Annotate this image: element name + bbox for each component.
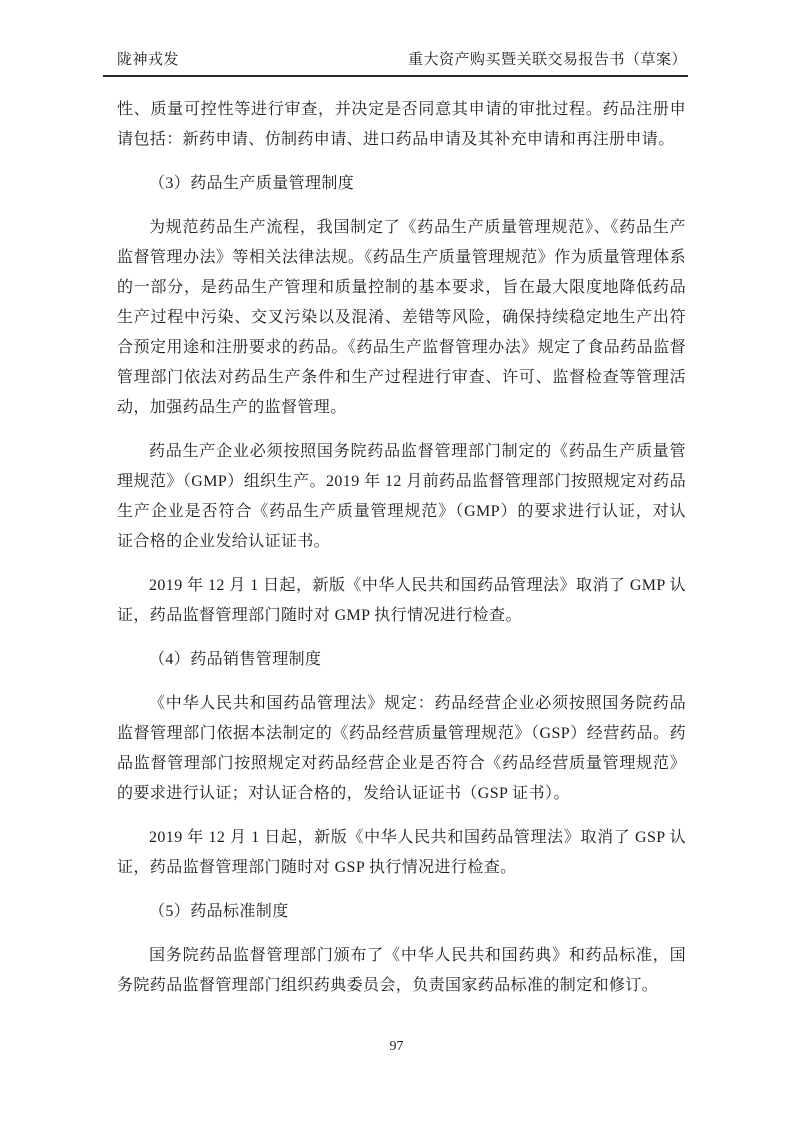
paragraph-gmp-certification: 药品生产企业必须按照国务院药品监督管理部门制定的《药品生产质量管理规范》（GMP… bbox=[117, 437, 686, 557]
header-report-title: 重大资产购买暨关联交易报告书（草案） bbox=[408, 50, 687, 70]
document-body: 性、质量可控性等进行审查，并决定是否同意其申请的审批过程。药品注册申请包括：新药… bbox=[117, 95, 686, 1015]
page-header: 陇神戎发 重大资产购买暨关联交易报告书（草案） bbox=[103, 50, 688, 77]
paragraph-pharmacopoeia-standards: 国务院药品监督管理部门颁布了《中华人民共和国药典》和药品标准，国务院药品监督管理… bbox=[117, 941, 686, 1001]
document-page: 陇神戎发 重大资产购买暨关联交易报告书（草案） 性、质量可控性等进行审查，并决定… bbox=[0, 0, 793, 1122]
page-footer: 97 bbox=[0, 1036, 793, 1058]
page-number: 97 bbox=[390, 1039, 404, 1054]
header-divider bbox=[103, 75, 688, 77]
paragraph-gsp-certification-cancelled: 2019 年 12 月 1 日起，新版《中华人民共和国药品管理法》取消了 GSP… bbox=[117, 823, 686, 883]
paragraph-gmp-certification-cancelled: 2019 年 12 月 1 日起，新版《中华人民共和国药品管理法》取消了 GMP… bbox=[117, 571, 686, 631]
paragraph-drug-registration-continuation: 性、质量可控性等进行审查，并决定是否同意其申请的审批过程。药品注册申请包括：新药… bbox=[117, 95, 686, 155]
section-heading-3-production-quality: （3）药品生产质量管理制度 bbox=[117, 169, 686, 199]
header-row: 陇神戎发 重大资产购买暨关联交易报告书（草案） bbox=[103, 50, 688, 75]
header-company-name: 陇神戎发 bbox=[117, 50, 179, 70]
section-heading-4-sales-management: （4）药品销售管理制度 bbox=[117, 645, 686, 675]
section-heading-5-drug-standards: （5）药品标准制度 bbox=[117, 897, 686, 927]
paragraph-gsp-regulations: 《中华人民共和国药品管理法》规定：药品经营企业必须按照国务院药品监督管理部门依据… bbox=[117, 689, 686, 809]
paragraph-gmp-regulations-overview: 为规范药品生产流程，我国制定了《药品生产质量管理规范》、《药品生产监督管理办法》… bbox=[117, 213, 686, 423]
